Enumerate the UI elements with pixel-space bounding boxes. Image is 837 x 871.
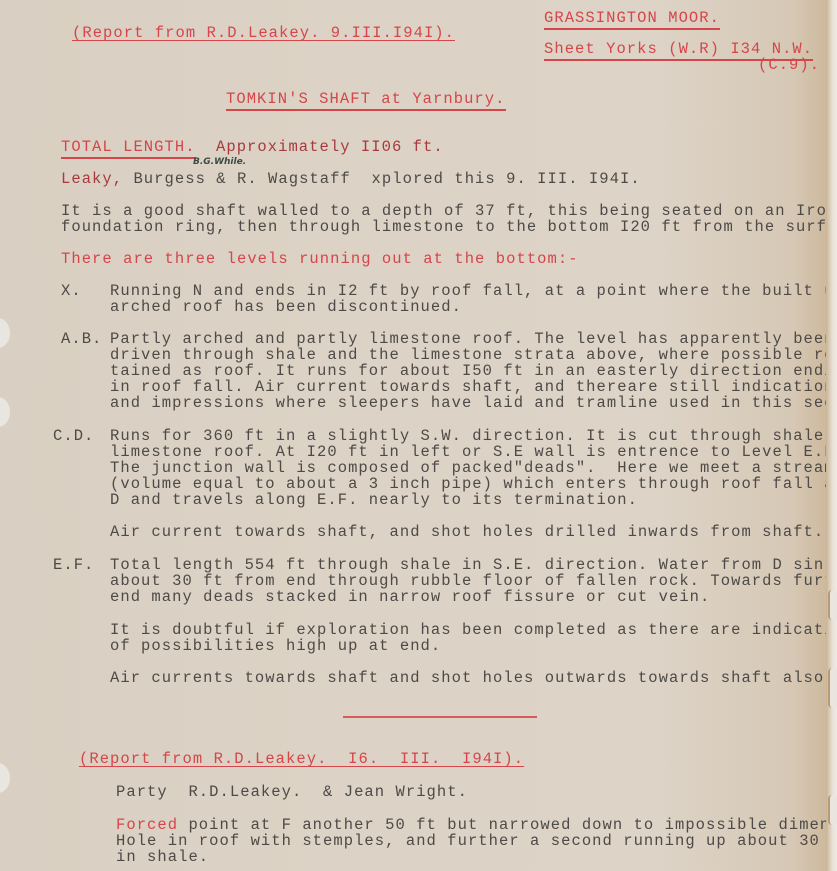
handwritten-insert: B.G.While. (193, 157, 246, 167)
level-ef-line: Total length 554 ft through shale in S.E… (110, 557, 837, 573)
level-ef-note: of possibilities high up at end. (110, 638, 441, 654)
level-x-line: arched roof has been discontinued. (110, 299, 462, 315)
paper-tear (828, 795, 837, 825)
level-ef-note: It is doubtful if exploration has been c… (110, 622, 837, 638)
level-cd-line: D and travels along E.F. nearly to its t… (110, 492, 638, 508)
total-length-value: Approximately II06 ft. (216, 139, 444, 155)
level-cd-note: Air current towards shaft, and shot hole… (110, 524, 824, 540)
level-label-cd: C.D. (53, 428, 94, 444)
document-page: (Report from R.D.Leakey. 9.III.I94I). GR… (0, 0, 826, 871)
level-ef-note: Air currents towards shaft and shot hole… (110, 670, 835, 686)
punch-hole (0, 318, 10, 348)
section-divider (343, 716, 537, 718)
level-ab-line: driven through shale and the limestone s… (110, 347, 837, 363)
second-report-line: Hole in roof with stemples, and further … (116, 833, 837, 849)
paper-edge (826, 0, 837, 871)
level-cd-line: limestone roof. At I20 ft in left or S.E… (110, 444, 837, 460)
punch-hole (0, 397, 10, 427)
paper-tear (828, 668, 837, 708)
level-ab-line: tained as roof. It runs for about I50 ft… (110, 363, 837, 379)
level-ab-line: and impressions where sleepers have laid… (110, 395, 837, 411)
level-cd-line: Runs for 360 ft in a slightly S.W. direc… (110, 428, 837, 444)
level-cd-line: The junction wall is composed of packed"… (110, 460, 835, 476)
levels-intro: There are three levels running out at th… (61, 251, 579, 267)
second-report-reference: (Report from R.D.Leakey. I6. III. I94I). (79, 751, 524, 767)
level-label-x: X. (61, 283, 82, 299)
explorers-line: Leaky, Burgess & R. Wagstaff xplored thi… (61, 171, 641, 187)
shaft-description-line: It is a good shaft walled to a depth of … (61, 203, 837, 219)
level-ef-line: end many deads stacked in narrow roof fi… (110, 589, 710, 605)
level-ab-line: Partly arched and partly limestone roof.… (110, 331, 835, 347)
sheet-reference: Sheet Yorks (W.R) I34 N.W. (544, 41, 813, 57)
level-label-ef: E.F. (53, 557, 94, 573)
report-reference: (Report from R.D.Leakey. 9.III.I94I). (72, 25, 455, 41)
location-heading: GRASSINGTON MOOR. (544, 10, 720, 26)
second-report-line: Forced point at F another 50 ft but narr… (116, 817, 837, 833)
party-line: Party R.D.Leakey. & Jean Wright. (116, 784, 468, 800)
paper-tear (828, 590, 837, 620)
level-x-line: Running N and ends in I2 ft by roof fall… (110, 283, 837, 299)
second-report-line: in shale. (116, 849, 209, 865)
total-length-label: TOTAL LENGTH. (61, 139, 196, 155)
page-title: TOMKIN'S SHAFT at Yarnbury. (226, 91, 506, 107)
level-ab-line: in roof fall. Air current towards shaft,… (110, 379, 837, 395)
level-ef-line: about 30 ft from end through rubble floo… (110, 573, 837, 589)
level-cd-line: (volume equal to about a 3 inch pipe) wh… (110, 476, 837, 492)
level-label-ab: A.B. (61, 331, 102, 347)
shaft-description-line: foundation ring, then through limestone … (61, 219, 837, 235)
grid-reference: (C.9). (758, 57, 820, 73)
punch-hole (0, 763, 10, 793)
